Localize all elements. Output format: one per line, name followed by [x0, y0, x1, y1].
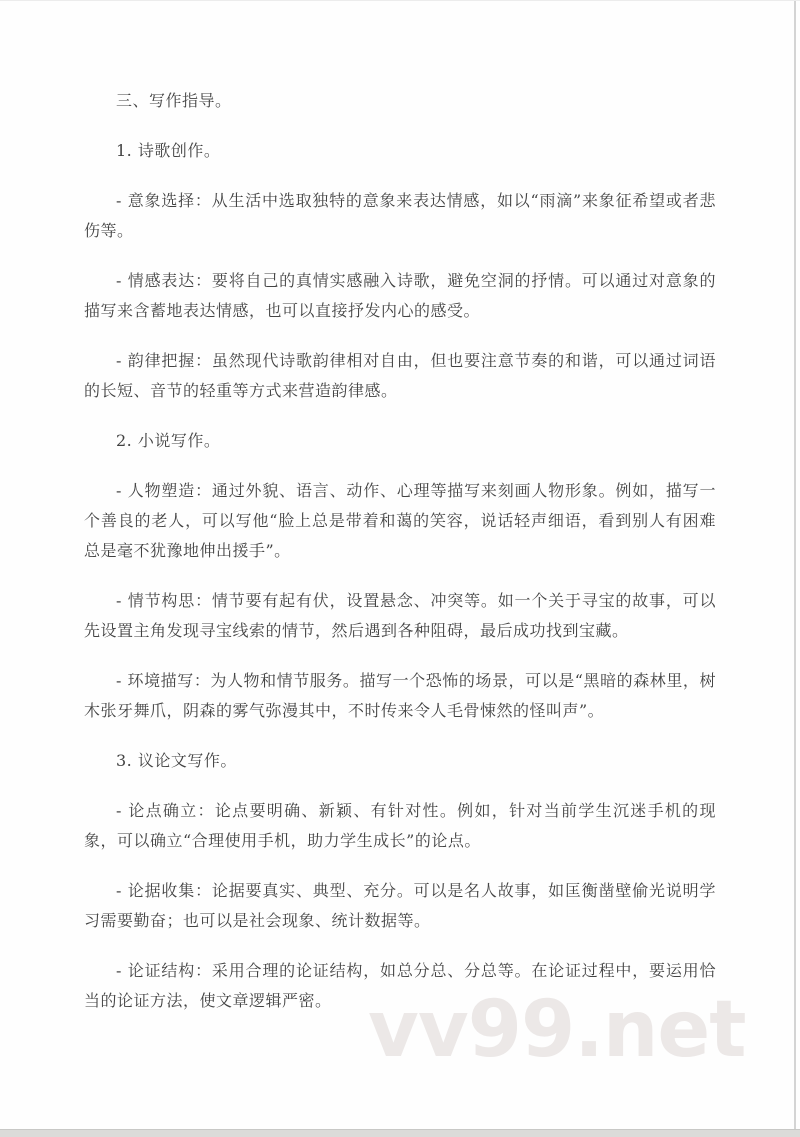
- bullet-evidence-collection: - 论据收集：论据要真实、典型、充分。可以是名人故事，如匡衡凿壁偷光说明学习需要…: [84, 876, 716, 936]
- bullet-argument-structure: - 论证结构：采用合理的论证结构，如总分总、分总等。在论证过程中，要运用恰当的论…: [84, 956, 716, 1016]
- bullet-rhythm-control: - 韵律把握：虽然现代诗歌韵律相对自由，但也要注意节奏的和谐，可以通过词语的长短…: [84, 346, 716, 406]
- page-right-edge-line: [794, 1, 796, 1129]
- subsection-heading-argumentative-essay: 3. 议论文写作。: [84, 746, 716, 776]
- document-page: 三、写作指导。 1. 诗歌创作。 - 意象选择：从生活中选取独特的意象来表达情感…: [0, 0, 800, 1137]
- document-content: 三、写作指导。 1. 诗歌创作。 - 意象选择：从生活中选取独特的意象来表达情感…: [84, 86, 716, 1016]
- subsection-heading-novel: 2. 小说写作。: [84, 426, 716, 456]
- subsection-heading-poetry: 1. 诗歌创作。: [84, 136, 716, 166]
- page-bottom-edge-strip: [0, 1129, 800, 1137]
- bullet-character-portrayal: - 人物塑造：通过外貌、语言、动作、心理等描写来刻画人物形象。例如，描写一个善良…: [84, 476, 716, 566]
- bullet-plot-design: - 情节构思：情节要有起有伏，设置悬念、冲突等。如一个关于寻宝的故事，可以先设置…: [84, 586, 716, 646]
- section-heading-writing-guidance: 三、写作指导。: [84, 86, 716, 116]
- bullet-thesis-establishment: - 论点确立：论点要明确、新颖、有针对性。例如，针对当前学生沉迷手机的现象，可以…: [84, 796, 716, 856]
- bullet-imagery-selection: - 意象选择：从生活中选取独特的意象来表达情感，如以“雨滴”来象征希望或者悲伤等…: [84, 186, 716, 246]
- bullet-environment-description: - 环境描写：为人物和情节服务。描写一个恐怖的场景，可以是“黑暗的森林里，树木张…: [84, 666, 716, 726]
- bullet-emotion-expression: - 情感表达：要将自己的真情实感融入诗歌，避免空洞的抒情。可以通过对意象的描写来…: [84, 266, 716, 326]
